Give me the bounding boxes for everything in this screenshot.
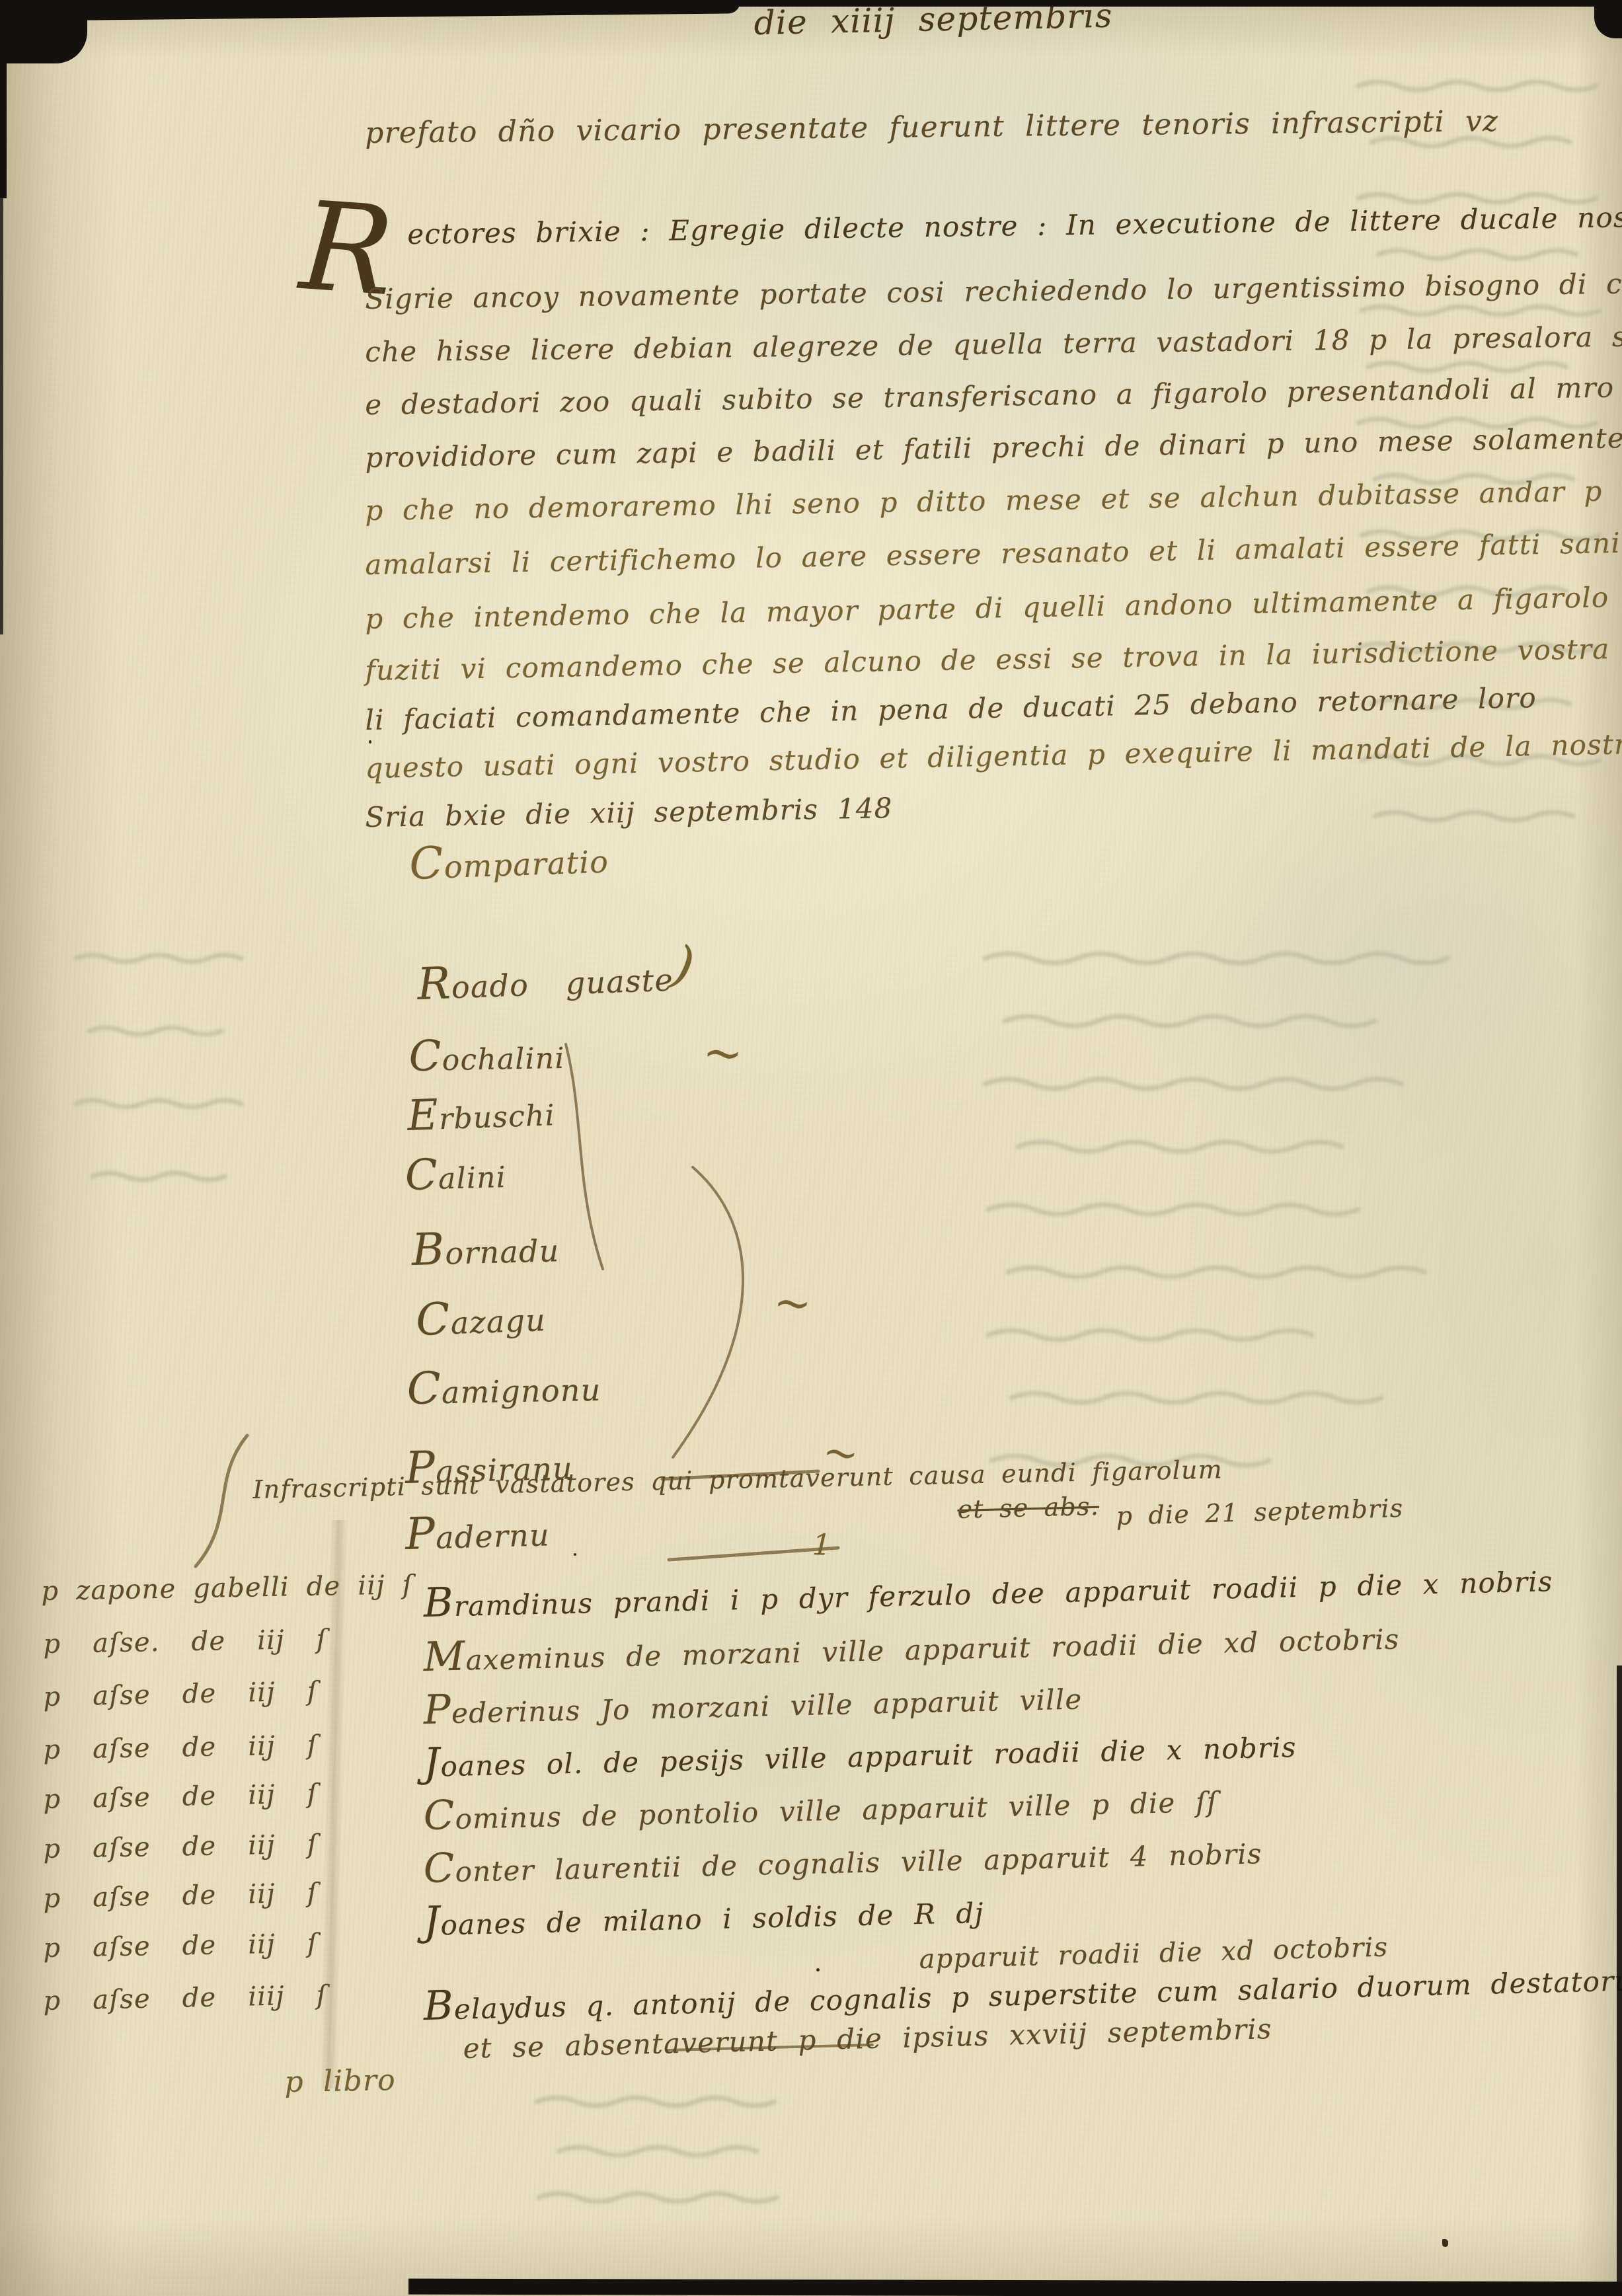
scan-edge-right-sliver xyxy=(1617,1665,1622,2296)
place-name: Roado guaste xyxy=(416,949,674,1009)
place-name: Erbuschi xyxy=(406,1087,556,1141)
erbuschi-calini-bracket xyxy=(566,1044,603,1269)
foot-note: p libro xyxy=(284,2063,396,2099)
cazagu-tilde-mark: ~ xyxy=(771,1276,815,1332)
margin-row: p aſse de iij ſ xyxy=(43,1929,318,1964)
ink-speck xyxy=(1442,2239,1448,2247)
place-name: Cochalini xyxy=(408,1030,565,1081)
margin-row: p aſse. de iij ſ xyxy=(43,1625,327,1660)
scan-edge-left-sliver-lower xyxy=(0,198,3,634)
margin-row: p aſse de iij ſ xyxy=(43,1676,318,1712)
section-brace xyxy=(196,1435,247,1566)
place-name: Bornadu xyxy=(411,1220,560,1276)
scan-edge-left-sliver xyxy=(0,0,7,198)
margin-row: p aſse de iiij ſ xyxy=(43,1980,327,2016)
place-name: Calini xyxy=(405,1149,507,1200)
ink-speck xyxy=(369,740,371,744)
place-name: Camignonu xyxy=(406,1359,601,1414)
ink-speck xyxy=(816,1968,820,1971)
comparatio-label: Comparatio xyxy=(408,831,609,889)
group2-curved-bracket xyxy=(673,1167,743,1457)
place-name: Padernu xyxy=(405,1504,551,1560)
scan-edge-bottom-band xyxy=(408,2279,1622,2296)
margin-row: p aſse de iij ſ xyxy=(43,1829,318,1864)
section-header-struck: et se abs. xyxy=(957,1492,1099,1524)
ink-speck xyxy=(574,1553,576,1556)
padernu-count-mark: 1 xyxy=(812,1528,832,1562)
cochalini-tilde-mark: ~ xyxy=(700,1023,746,1083)
margin-row: p zapone gabelli de iij ſ xyxy=(41,1570,413,1607)
margin-row: p aſse de iij ſ xyxy=(43,1730,318,1765)
place-name: Cazagu xyxy=(415,1289,547,1346)
manuscript-page: die xiiij septembris prefato dño vicario… xyxy=(0,0,1622,2296)
margin-row: p aſse de iij ſ xyxy=(43,1878,318,1914)
margin-row: p aſse de iij ſ xyxy=(43,1779,318,1815)
scan-edge-top-thin xyxy=(661,0,1622,7)
scan-edge-top-left-blob xyxy=(0,0,87,63)
